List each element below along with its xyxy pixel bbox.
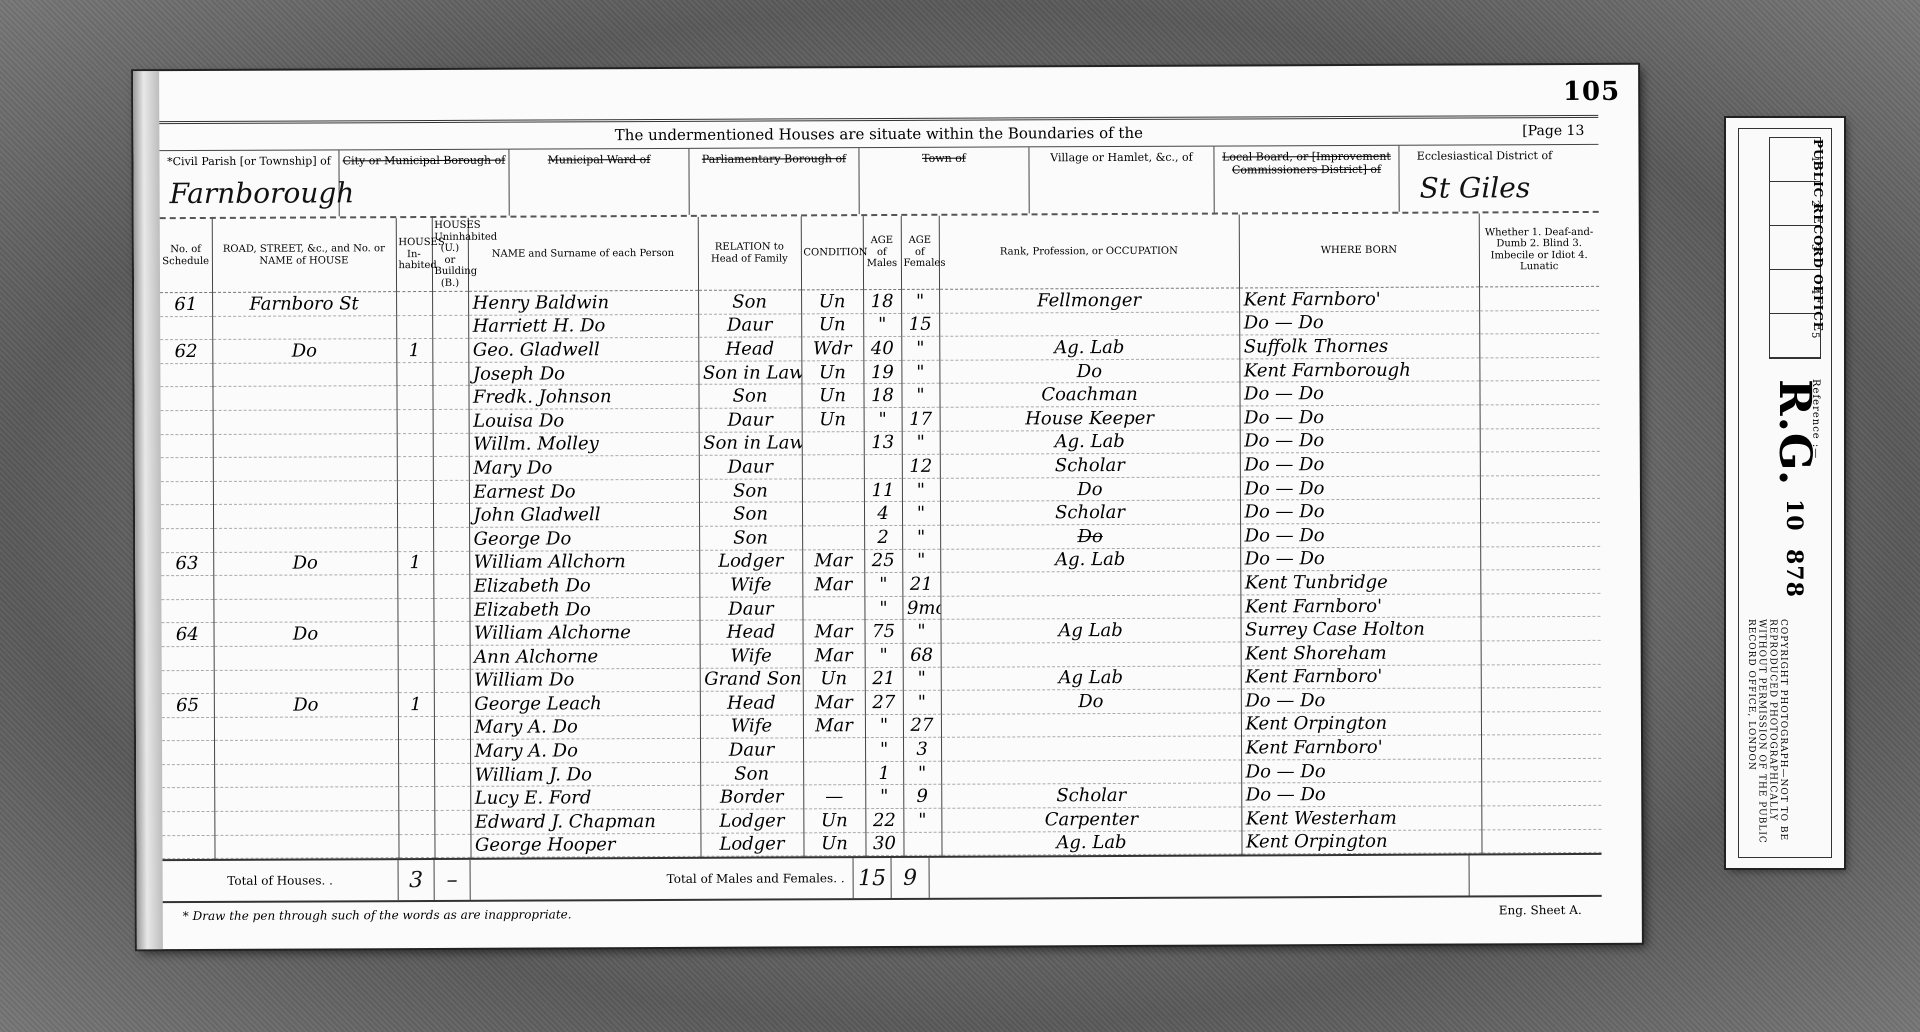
cell-born: Kent Orpington — [1241, 830, 1481, 855]
cell-female-age: " — [902, 502, 940, 526]
cell-infirmity — [1481, 711, 1601, 735]
cell-relation: Daur — [699, 597, 802, 621]
cell-relation: Son — [699, 479, 802, 503]
boundary-field-value: Farnborough — [170, 176, 355, 210]
cell-infirmity — [1480, 617, 1600, 641]
cell-infirmity — [1481, 805, 1601, 829]
cell-uninhabited — [432, 386, 468, 410]
cell-uninhabited — [433, 574, 469, 598]
cell-uninhabited — [432, 362, 468, 386]
cell-schedule — [162, 788, 214, 812]
cell-female-age: " — [902, 478, 940, 502]
cell-condition: Un — [801, 384, 863, 408]
cell-street — [214, 811, 398, 835]
cell-street — [213, 457, 397, 481]
cell-male-age: " — [864, 573, 902, 597]
cell-condition: Un — [803, 832, 865, 856]
cell-born: Do — Do — [1240, 546, 1480, 571]
cell-female-age: " — [902, 431, 940, 455]
cell-female-age: " — [901, 384, 939, 408]
cell-inhabited — [397, 622, 433, 646]
cell-inhabited — [397, 575, 433, 599]
cell-born: Kent Farnboro' — [1241, 735, 1481, 760]
cell-uninhabited — [433, 456, 469, 480]
cell-street — [212, 362, 396, 386]
cell-street — [214, 834, 398, 858]
cell-infirmity — [1480, 452, 1600, 476]
column-header: HOUSES In-habited — [396, 218, 432, 292]
cell-born: Kent Farnboro' — [1240, 594, 1480, 619]
cell-condition — [803, 738, 865, 762]
reference-slip-frame: 12345 PUBLIC RECORD OFFICE Reference :— … — [1738, 128, 1832, 858]
cell-infirmity — [1481, 640, 1601, 664]
cell-street — [212, 386, 396, 410]
cell-infirmity — [1481, 829, 1601, 853]
cell-occupation: Ag. Lab — [940, 430, 1240, 455]
cell-born: Kent Westerham — [1241, 806, 1481, 831]
cell-occupation: Ag. Lab — [940, 547, 1240, 572]
cell-relation: Head — [698, 337, 801, 361]
cell-schedule — [161, 434, 213, 458]
cell-uninhabited — [433, 504, 469, 528]
cell-schedule — [162, 764, 214, 788]
cell-occupation: Fellmonger — [939, 288, 1239, 313]
column-header: No. of Schedule — [160, 219, 212, 293]
census-table: No. of ScheduleROAD, STREET, &c., and No… — [160, 213, 1602, 860]
cell-occupation — [941, 736, 1241, 761]
boundaries-title-text: The undermentioned Houses are situate wi… — [615, 124, 1143, 144]
cell-uninhabited — [434, 740, 470, 764]
cell-inhabited — [397, 409, 433, 433]
cell-female-age: " — [902, 620, 940, 644]
footer: * Draw the pen through such of the words… — [163, 903, 1602, 923]
cell-uninhabited — [432, 315, 468, 339]
cell-inhabited — [396, 362, 432, 386]
cell-name: Mary Do — [469, 455, 699, 480]
cell-inhabited — [398, 740, 434, 764]
column-header: Rank, Profession, or OCCUPATION — [939, 214, 1239, 289]
cell-inhabited — [398, 763, 434, 787]
houses-uninhabited-total: – — [435, 860, 471, 900]
boundary-field: Town of — [859, 147, 1029, 214]
column-header: AGE of Females — [901, 216, 939, 290]
cell-condition — [802, 478, 864, 502]
cell-name: Willm. Molley — [469, 432, 699, 457]
cell-born: Do — Do — [1241, 759, 1481, 784]
cell-condition — [802, 431, 864, 455]
cell-street: Do — [214, 693, 398, 717]
cell-name: Geo. Gladwell — [468, 338, 698, 363]
cell-inhabited: 1 — [396, 339, 432, 363]
column-header: ROAD, STREET, &c., and No. or NAME of HO… — [212, 218, 396, 292]
boundary-field: Village or Hamlet, &c., of — [1029, 147, 1214, 214]
cell-name: William Alchorne — [469, 621, 699, 646]
cell-occupation: Coachman — [939, 382, 1239, 407]
cell-infirmity — [1480, 546, 1600, 570]
boundary-field-label: Local Board, or [Improvement Commissione… — [1214, 150, 1398, 177]
cell-uninhabited — [432, 291, 468, 315]
cell-occupation: Scholar — [940, 500, 1240, 525]
class-number: 10 — [1781, 499, 1807, 532]
cell-inhabited — [396, 291, 432, 315]
cell-occupation: Do — [940, 477, 1240, 502]
cell-street — [214, 740, 398, 764]
cell-female-age: 3 — [903, 738, 941, 762]
cell-relation: Head — [699, 620, 802, 644]
cell-name: Elizabeth Do — [469, 597, 699, 622]
cell-condition: Mar — [803, 644, 865, 668]
record-office-label: PUBLIC RECORD OFFICE — [1811, 139, 1825, 369]
cell-schedule — [161, 481, 213, 505]
cell-schedule — [161, 528, 213, 552]
cell-born: Do — Do — [1240, 452, 1480, 477]
cell-condition: Un — [801, 290, 863, 314]
cell-uninhabited — [433, 598, 469, 622]
boundary-field: *Civil Parish [or Township] ofFarnboroug… — [159, 150, 339, 217]
cell-inhabited — [398, 787, 434, 811]
cell-born: Do — Do — [1239, 311, 1479, 336]
cell-name: William Do — [470, 668, 700, 693]
boundary-field: Ecclesiastical District ofSt Giles — [1399, 145, 1569, 212]
cell-occupation — [941, 713, 1241, 738]
cell-street: Do — [213, 622, 397, 646]
cell-infirmity — [1481, 782, 1601, 806]
cell-male-age: 30 — [865, 832, 903, 856]
cell-schedule — [162, 670, 214, 694]
cell-schedule — [161, 505, 213, 529]
cell-male-age: 25 — [864, 549, 902, 573]
cell-female-age — [903, 832, 941, 856]
cell-infirmity — [1479, 286, 1599, 310]
cell-male-age: 18 — [863, 289, 901, 313]
cell-male-age: 11 — [864, 478, 902, 502]
cell-relation: Daur — [698, 313, 801, 337]
persons-total-label: Total of Males and Females. . — [471, 858, 854, 900]
males-total: 15 — [854, 858, 892, 898]
cell-schedule: 64 — [161, 623, 213, 647]
cell-relation: Son in Law — [699, 431, 802, 455]
cell-street — [214, 646, 398, 670]
column-header: CONDITION — [801, 216, 863, 290]
cell-male-age: " — [865, 738, 903, 762]
cell-born: Do — Do — [1241, 688, 1481, 713]
cell-street — [213, 410, 397, 434]
cell-female-age: " — [901, 336, 939, 360]
cell-uninhabited — [432, 339, 468, 363]
cell-uninhabited — [433, 551, 469, 575]
cell-uninhabited — [434, 810, 470, 834]
footnote: * Draw the pen through such of the words… — [183, 908, 572, 924]
boundary-field-label: Ecclesiastical District of — [1399, 149, 1569, 163]
cell-infirmity — [1481, 758, 1601, 782]
cell-female-age: " — [902, 549, 940, 573]
cell-inhabited — [397, 480, 433, 504]
cell-occupation: Do — [939, 359, 1239, 384]
boundary-field-label: *Civil Parish [or Township] of — [159, 154, 338, 168]
cell-schedule — [160, 387, 212, 411]
cell-relation: Lodger — [700, 809, 803, 833]
cell-infirmity — [1479, 334, 1599, 358]
cell-relation: Son — [699, 526, 802, 550]
cell-born: Suffolk Thornes — [1239, 334, 1479, 359]
cell-occupation: Ag. Lab — [939, 335, 1239, 360]
cell-female-age: 27 — [903, 714, 941, 738]
cell-male-age: 19 — [863, 360, 901, 384]
column-header: NAME and Surname of each Person — [468, 217, 698, 292]
cell-infirmity — [1481, 687, 1601, 711]
cell-schedule — [162, 741, 214, 765]
boundary-field: Parliamentary Borough of — [689, 148, 859, 215]
cell-relation: Border — [700, 785, 803, 809]
census-page: 105 The undermentioned Houses are situat… — [133, 65, 1642, 950]
cell-name: Mary A. Do — [470, 739, 700, 764]
cell-relation: Lodger — [700, 833, 803, 857]
cell-condition — [802, 596, 864, 620]
cell-occupation — [940, 571, 1240, 596]
cell-inhabited: 1 — [397, 551, 433, 575]
cell-uninhabited — [434, 763, 470, 787]
cell-schedule — [160, 316, 212, 340]
cell-infirmity — [1479, 310, 1599, 334]
cell-male-age: 40 — [863, 337, 901, 361]
cell-born: Do — Do — [1240, 523, 1480, 548]
cell-born: Kent Tunbridge — [1240, 570, 1480, 595]
cell-born: Kent Farnborough — [1239, 358, 1479, 383]
cell-relation: Son — [698, 290, 801, 314]
cell-male-age: " — [865, 643, 903, 667]
cell-street — [213, 480, 397, 504]
boundary-field: Municipal Ward of — [509, 149, 689, 216]
cell-infirmity — [1480, 428, 1600, 452]
cell-born: Kent Orpington — [1241, 712, 1481, 737]
cell-male-age: " — [865, 714, 903, 738]
cell-born: Do — Do — [1240, 499, 1480, 524]
cell-name: Edward J. Chapman — [470, 809, 700, 834]
cell-relation: Daur — [700, 738, 803, 762]
cell-condition: Un — [803, 809, 865, 833]
cell-occupation — [939, 312, 1239, 337]
cell-name: Harriett H. Do — [468, 314, 698, 339]
cell-condition: Mar — [802, 549, 864, 573]
cell-female-age: 9 — [903, 785, 941, 809]
cell-relation: Daur — [699, 455, 802, 479]
cell-name: John Gladwell — [469, 503, 699, 528]
cell-uninhabited — [434, 716, 470, 740]
cell-name: George Hooper — [470, 833, 700, 858]
column-headers: No. of ScheduleROAD, STREET, &c., and No… — [160, 213, 1599, 293]
cell-condition — [803, 761, 865, 785]
cell-condition: Un — [801, 360, 863, 384]
cell-inhabited — [396, 386, 432, 410]
cell-inhabited: 1 — [398, 693, 434, 717]
cell-name: George Do — [469, 526, 699, 551]
houses-total-label: Total of Houses. . — [163, 860, 399, 901]
census-form: The undermentioned Houses are situate wi… — [159, 115, 1602, 929]
cell-female-age: " — [901, 360, 939, 384]
cell-occupation — [941, 642, 1241, 667]
boundary-field-label: City or Municipal Borough of — [339, 154, 508, 168]
cell-relation: Daur — [699, 408, 802, 432]
cell-uninhabited — [433, 433, 469, 457]
cell-condition: Mar — [803, 691, 865, 715]
cell-schedule: 62 — [160, 340, 212, 364]
cell-female-age: 15 — [901, 313, 939, 337]
cell-female-age: " — [903, 690, 941, 714]
piece-number: 878 — [1781, 549, 1807, 598]
cell-relation: Wife — [700, 644, 803, 668]
cell-inhabited — [397, 433, 433, 457]
cell-inhabited — [398, 669, 434, 693]
cell-female-age: " — [903, 808, 941, 832]
cell-inhabited — [397, 598, 433, 622]
cell-street — [213, 504, 397, 528]
boundary-field-value: St Giles — [1420, 171, 1531, 204]
cell-condition — [802, 455, 864, 479]
cell-uninhabited — [433, 622, 469, 646]
boundary-field: Local Board, or [Improvement Commissione… — [1214, 146, 1399, 213]
cell-born: Do — Do — [1240, 476, 1480, 501]
cell-street — [212, 315, 396, 339]
cell-schedule — [162, 646, 214, 670]
cell-street — [214, 787, 398, 811]
cell-male-age: " — [864, 596, 902, 620]
cell-male-age: 18 — [863, 384, 901, 408]
totals-blank-end — [1470, 855, 1602, 896]
boundary-fields: *Civil Parish [or Township] ofFarnboroug… — [159, 144, 1598, 219]
cell-relation: Son — [699, 502, 802, 526]
cell-male-age: 21 — [865, 667, 903, 691]
cell-condition: Un — [803, 667, 865, 691]
cell-name: Louisa Do — [469, 408, 699, 433]
cell-infirmity — [1480, 522, 1600, 546]
houses-inhabited-total: 3 — [399, 860, 435, 900]
cell-inhabited — [398, 834, 434, 858]
cell-female-age: 68 — [903, 643, 941, 667]
cell-schedule — [162, 717, 214, 741]
cell-schedule — [161, 458, 213, 482]
cell-uninhabited — [433, 480, 469, 504]
cell-inhabited — [397, 457, 433, 481]
cell-street: Do — [213, 551, 397, 575]
series-code: R.G. — [1769, 379, 1820, 486]
cell-occupation: Scholar — [941, 783, 1241, 808]
cell-street: Farnboro St — [212, 292, 396, 316]
cell-occupation: House Keeper — [940, 406, 1240, 431]
cell-born: Kent Shoreham — [1241, 641, 1481, 666]
cell-inhabited — [398, 716, 434, 740]
cell-name: Henry Baldwin — [468, 290, 698, 315]
cell-inhabited — [396, 315, 432, 339]
cell-born: Do — Do — [1240, 405, 1480, 430]
cell-born: Do — Do — [1239, 381, 1479, 406]
cell-infirmity — [1479, 381, 1599, 405]
cell-occupation: Scholar — [940, 453, 1240, 478]
cell-relation: Son — [698, 384, 801, 408]
boundary-field-label: Village or Hamlet, &c., of — [1029, 151, 1213, 165]
cell-condition: Mar — [802, 573, 864, 597]
column-header: Whether 1. Deaf-and-Dumb 2. Blind 3. Imb… — [1479, 213, 1599, 287]
cell-inhabited — [398, 811, 434, 835]
cell-female-age: " — [902, 525, 940, 549]
boundary-field-label: Town of — [859, 151, 1028, 165]
cell-born: Kent Farnboro' — [1241, 664, 1481, 689]
cell-infirmity — [1479, 357, 1599, 381]
cell-condition: Wdr — [801, 337, 863, 361]
copyright-notice: COPYRIGHT PHOTOGRAPH—NOT TO BE REPRODUCE… — [1745, 619, 1788, 849]
cell-street — [214, 764, 398, 788]
cell-street — [213, 433, 397, 457]
cell-infirmity — [1480, 593, 1600, 617]
cell-schedule — [161, 599, 213, 623]
cell-male-age: " — [864, 407, 902, 431]
folio-number: 105 — [1563, 77, 1620, 107]
cell-male-age: " — [865, 785, 903, 809]
totals-row: Total of Houses. . 3 – Total of Males an… — [163, 853, 1602, 903]
cell-female-age: " — [903, 761, 941, 785]
cell-inhabited — [397, 504, 433, 528]
cell-street — [213, 575, 397, 599]
cell-uninhabited — [434, 645, 470, 669]
cell-male-age: 75 — [864, 620, 902, 644]
cell-female-age: " — [901, 289, 939, 313]
census-rows: 61Farnboro StHenry BaldwinSonUn18"Fellmo… — [160, 286, 1601, 859]
cell-street — [214, 669, 398, 693]
cell-occupation: Do — [940, 524, 1240, 549]
cell-occupation: Ag Lab — [941, 665, 1241, 690]
cell-relation: Grand Son — [700, 667, 803, 691]
column-header: WHERE BORN — [1239, 213, 1479, 288]
cell-inhabited — [398, 645, 434, 669]
cell-name: Earnest Do — [469, 479, 699, 504]
cell-male-age: 4 — [864, 502, 902, 526]
column-header: AGE of Males — [863, 216, 901, 290]
cell-relation: Wife — [699, 573, 802, 597]
females-total: 9 — [892, 858, 930, 898]
cell-female-age: 21 — [902, 572, 940, 596]
cell-name: Lucy E. Ford — [470, 786, 700, 811]
cell-occupation: Do — [941, 689, 1241, 714]
cell-male-age — [864, 455, 902, 479]
cell-occupation — [940, 595, 1240, 620]
cell-infirmity — [1481, 664, 1601, 688]
cell-schedule: 65 — [162, 694, 214, 718]
boundary-field-label: Parliamentary Borough of — [689, 152, 858, 166]
cell-schedule: 63 — [161, 552, 213, 576]
cell-street: Do — [212, 339, 396, 363]
reference-slip: 12345 PUBLIC RECORD OFFICE Reference :— … — [1726, 118, 1844, 868]
cell-schedule — [160, 363, 212, 387]
cell-occupation: Carpenter — [941, 807, 1241, 832]
cell-female-age: " — [903, 667, 941, 691]
cell-relation: Son — [700, 762, 803, 786]
cell-condition: Un — [802, 408, 864, 432]
cell-male-age: 2 — [864, 525, 902, 549]
cell-condition: — — [803, 785, 865, 809]
cell-name: George Leach — [470, 691, 700, 716]
cell-relation: Wife — [700, 715, 803, 739]
cell-occupation: Ag Lab — [940, 618, 1240, 643]
cell-uninhabited — [433, 527, 469, 551]
cell-street — [213, 598, 397, 622]
cell-occupation — [941, 760, 1241, 785]
cell-female-age: 17 — [902, 407, 940, 431]
cell-infirmity — [1480, 499, 1600, 523]
page-label: [Page 13 — [1522, 118, 1584, 144]
cell-infirmity — [1480, 404, 1600, 428]
cell-born: Do — Do — [1240, 428, 1480, 453]
cell-name: Mary A. Do — [470, 715, 700, 740]
cell-condition: Mar — [803, 714, 865, 738]
